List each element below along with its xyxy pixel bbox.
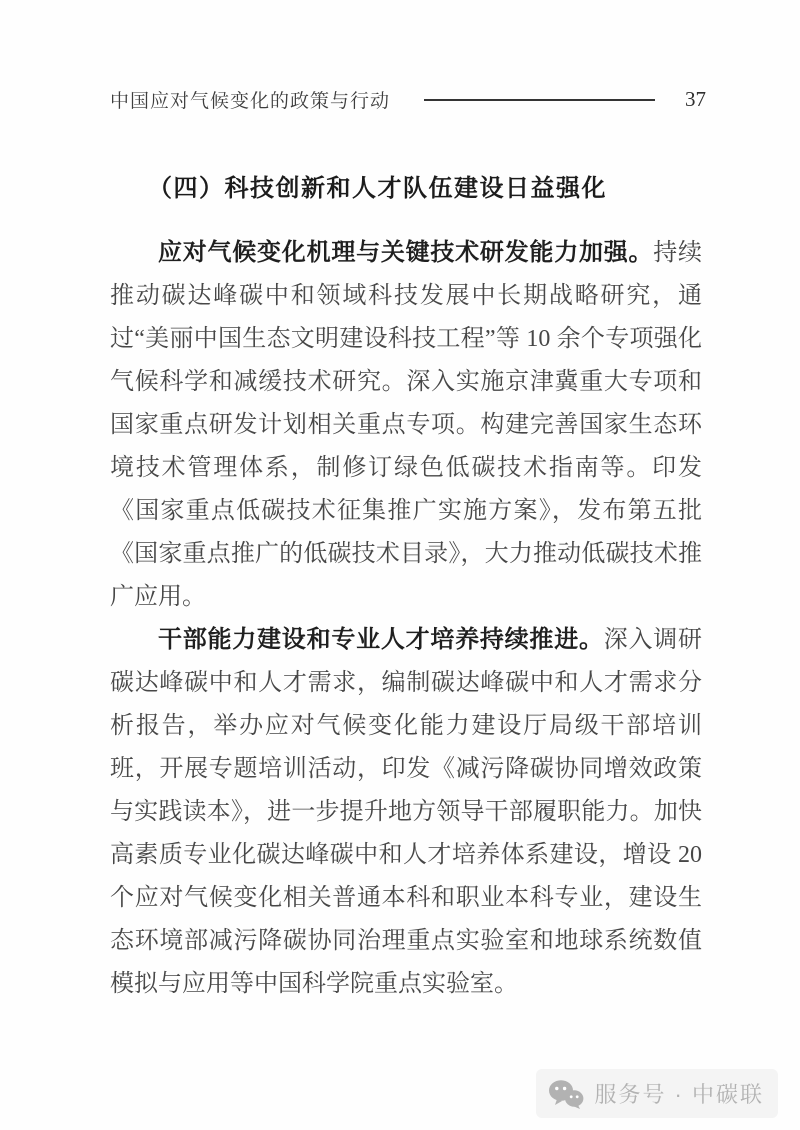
page-number: 37 [685, 87, 706, 112]
wechat-icon [548, 1079, 584, 1109]
paragraph-tech-innovation: 应对气候变化机理与关键技术研发能力加强。持续推动碳达峰碳中和领域科技发展中长期战… [110, 232, 702, 619]
running-header: 中国应对气候变化的政策与行动 37 [110, 86, 706, 113]
paragraph-text: 深入调研碳达峰碳中和人才需求，编制碳达峰碳中和人才需求分析报告，举办应对气候变化… [110, 627, 702, 997]
wechat-watermark: 服务号 · 中碳联 [536, 1069, 778, 1118]
paragraph-lead: 应对气候变化机理与关键技术研发能力加强。 [158, 240, 653, 266]
watermark-label: 服务号 · 中碳联 [594, 1078, 764, 1109]
running-header-title: 中国应对气候变化的政策与行动 [110, 86, 390, 113]
body-content: 应对气候变化机理与关键技术研发能力加强。持续推动碳达峰碳中和领域科技发展中长期战… [110, 232, 702, 1006]
paragraph-talent-training: 干部能力建设和专业人才培养持续推进。深入调研碳达峰碳中和人才需求，编制碳达峰碳中… [110, 619, 702, 1006]
section-heading: （四）科技创新和人才队伍建设日益强化 [110, 168, 702, 203]
paragraph-lead: 干部能力建设和专业人才培养持续推进。 [158, 627, 604, 653]
header-rule [424, 99, 655, 101]
document-page: 中国应对气候变化的政策与行动 37 （四）科技创新和人才队伍建设日益强化 应对气… [0, 0, 800, 1130]
paragraph-text: 持续推动碳达峰碳中和领域科技发展中长期战略研究，通过“美丽中国生态文明建设科技工… [110, 240, 702, 610]
